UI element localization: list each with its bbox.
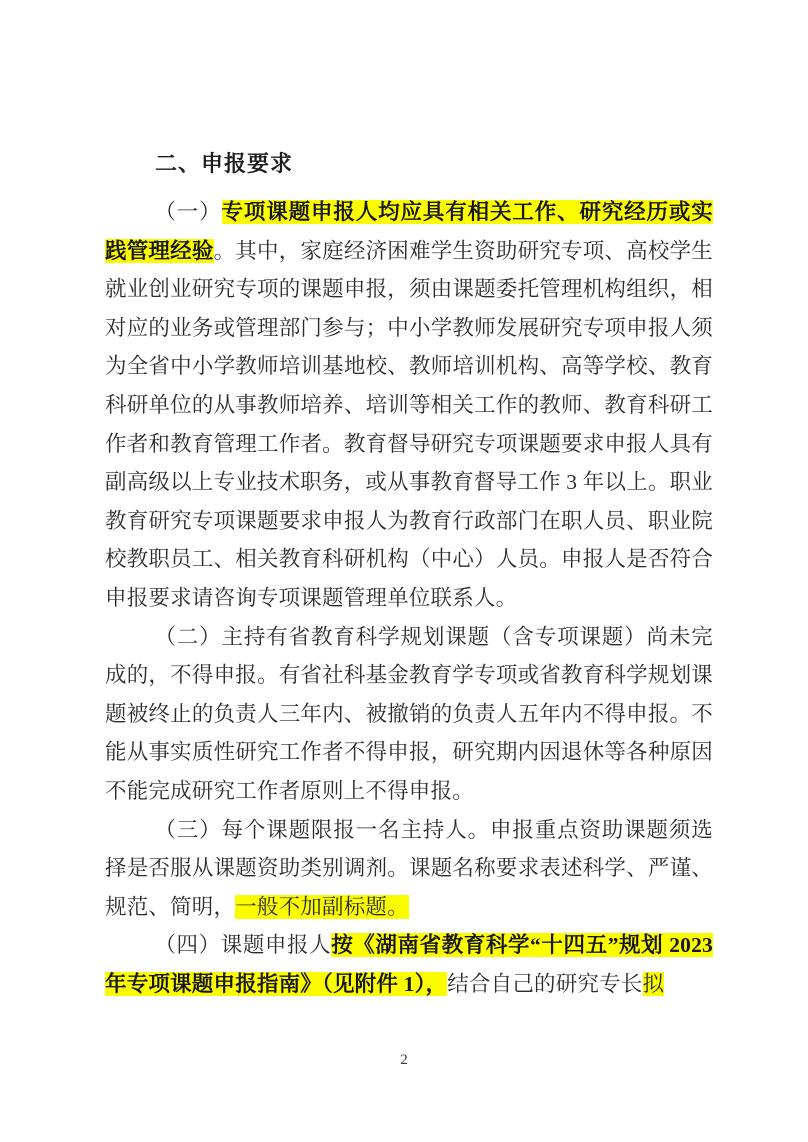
highlighted-text: 拟 <box>643 972 665 996</box>
body-text: 。其中，家庭经济困难学生资助研究专项、高校学生就业创业研究专项的课题申报，须由课… <box>105 239 713 610</box>
body-text: （三）每个课题限报一名主持人。申报重点资助课题须选择是否服从课题资助类别调剂。课… <box>105 818 713 919</box>
body-text: （四）课题申报人 <box>154 933 331 957</box>
paragraph: （三）每个课题限报一名主持人。申报重点资助课题须选择是否服从课题资助类别调剂。课… <box>105 811 713 927</box>
document-body: （一）专项课题申报人均应具有相关工作、研究经历或实践管理经验。其中，家庭经济困难… <box>105 193 713 1003</box>
document-page: 二、申报要求 （一）专项课题申报人均应具有相关工作、研究经历或实践管理经验。其中… <box>0 0 808 1142</box>
document-content: 二、申报要求 （一）专项课题申报人均应具有相关工作、研究经历或实践管理经验。其中… <box>105 148 713 1003</box>
body-text: （一） <box>154 200 221 224</box>
body-text: 结合自己的研究专长 <box>447 972 642 996</box>
paragraph: （二）主持有省教育科学规划课题（含专项课题）尚未完成的，不得申报。有省社科基金教… <box>105 618 713 811</box>
highlighted-text: 一般不加副标题。 <box>235 895 409 919</box>
paragraph: （四）课题申报人按《湖南省教育科学“十四五”规划 2023 年专项课题申报指南》… <box>105 926 713 1003</box>
paragraph: （一）专项课题申报人均应具有相关工作、研究经历或实践管理经验。其中，家庭经济困难… <box>105 193 713 618</box>
section-heading: 二、申报要求 <box>105 148 713 180</box>
page-number: 2 <box>0 1052 808 1069</box>
body-text: （二）主持有省教育科学规划课题（含专项课题）尚未完成的，不得申报。有省社科基金教… <box>105 625 713 803</box>
